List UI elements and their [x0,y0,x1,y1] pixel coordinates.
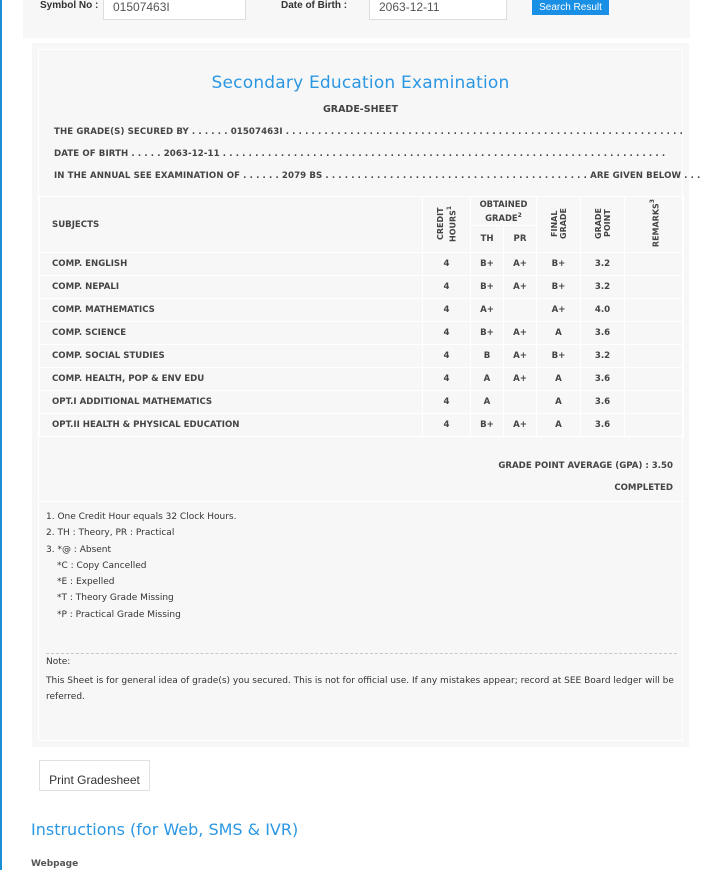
cell-remarks [625,253,684,276]
dob-line-value: 2063-12-11 [164,149,220,159]
gpa-value: GRADE POINT AVERAGE (GPA) : 3.50 [498,461,673,471]
cell-pr: A+ [504,368,537,391]
exam-year-line: IN THE ANNUAL SEE EXAMINATION OF . . . .… [54,171,700,181]
cell-remarks [625,322,684,345]
header-subjects: SUBJECTS [40,197,423,253]
secured-by-label: THE GRADE(S) SECURED BY . . . . . . [54,127,228,137]
table-row: COMP. ENGLISH4B+A+B+3.2 [40,253,684,276]
cell-final: A [537,368,581,391]
footnote-item: *P : Practical Grade Missing [46,607,236,623]
gradesheet-inner: Secondary Education Examination GRADE-SH… [38,49,683,741]
cell-credit: 4 [423,345,471,368]
cell-gp: 3.2 [581,276,625,299]
search-form: Symbol No : 01507463I Date of Birth : 20… [23,0,690,38]
cell-th: A+ [471,299,504,322]
instructions-heading: Instructions (for Web, SMS & IVR) [31,820,298,839]
cell-credit: 4 [423,368,471,391]
cell-pr: A+ [504,253,537,276]
header-th: TH [471,226,504,253]
cell-pr [504,391,537,414]
cell-gp: 3.6 [581,322,625,345]
result-status: COMPLETED [614,483,673,493]
cell-subject: COMP. SOCIAL STUDIES [40,345,423,368]
cell-gp: 3.6 [581,391,625,414]
footnote-item: 2. TH : Theory, PR : Practical [46,525,236,541]
dob-label: Date of Birth : [281,0,347,11]
note-text: This Sheet is for general idea of grade(… [46,673,676,705]
cell-th: B+ [471,276,504,299]
cell-th: B+ [471,322,504,345]
given-below-text: . . . . . . . . . . . . . . . . . . . . … [325,171,700,181]
print-gradesheet-button[interactable]: Print Gradesheet [39,760,150,791]
cell-th: B [471,345,504,368]
cell-remarks [625,368,684,391]
dob-line: DATE OF BIRTH . . . . . 2063-12-11 . . .… [54,149,665,159]
secured-by-value: 01507463I [231,127,283,137]
header-grade-point: GRADE POINT [581,197,625,253]
cell-credit: 4 [423,322,471,345]
grades-table: SUBJECTS CREDIT HOURS1 OBTAINED GRADE2 F… [39,196,684,437]
page-left-border [0,0,2,870]
cell-subject: COMP. HEALTH, POP & ENV EDU [40,368,423,391]
dob-line-label: DATE OF BIRTH . . . . . [54,149,161,159]
cell-pr: A+ [504,345,537,368]
cell-pr: A+ [504,322,537,345]
webpage-subheading: Webpage [31,859,78,869]
exam-title: Secondary Education Examination [39,73,682,93]
header-remarks: REMARKS3 [625,197,684,253]
cell-th: B+ [471,253,504,276]
cell-final: B+ [537,253,581,276]
cell-final: A+ [537,299,581,322]
cell-gp: 3.2 [581,345,625,368]
cell-remarks [625,276,684,299]
table-row: COMP. SCIENCE4B+A+A3.6 [40,322,684,345]
cell-pr: A+ [504,276,537,299]
header-final-grade: FINAL GRADE [537,197,581,253]
footnotes: 1. One Credit Hour equals 32 Clock Hours… [46,509,236,623]
cell-remarks [625,299,684,322]
table-row: COMP. SOCIAL STUDIES4BA+B+3.2 [40,345,684,368]
cell-credit: 4 [423,391,471,414]
cell-subject: COMP. SCIENCE [40,322,423,345]
cell-subject: OPT.I ADDITIONAL MATHEMATICS [40,391,423,414]
footnote-item: *C : Copy Cancelled [46,558,236,574]
cell-pr [504,299,537,322]
gradesheet-card: Secondary Education Examination GRADE-SH… [32,43,689,747]
cell-credit: 4 [423,299,471,322]
cell-credit: 4 [423,414,471,437]
cell-subject: COMP. NEPALI [40,276,423,299]
dob-input[interactable]: 2063-12-11 [369,0,507,20]
exam-year-value: 2079 BS [282,171,322,181]
table-row: OPT.I ADDITIONAL MATHEMATICS4AA3.6 [40,391,684,414]
cell-th: B+ [471,414,504,437]
cell-gp: 3.6 [581,368,625,391]
cell-gp: 3.2 [581,253,625,276]
footnote-item: 3. *@ : Absent [46,542,236,558]
note-heading: Note: [46,657,70,667]
cell-gp: 3.6 [581,414,625,437]
cell-final: A [537,391,581,414]
cell-credit: 4 [423,253,471,276]
table-row: COMP. MATHEMATICS4A+A+4.0 [40,299,684,322]
dashed-divider [46,653,677,654]
exam-year-label: IN THE ANNUAL SEE EXAMINATION OF . . . .… [54,171,279,181]
footnote-item: *T : Theory Grade Missing [46,590,236,606]
cell-remarks [625,391,684,414]
symbol-no-label: Symbol No : [40,0,98,11]
cell-final: A [537,322,581,345]
footnote-item: 1. One Credit Hour equals 32 Clock Hours… [46,509,236,525]
dots: . . . . . . . . . . . . . . . . . . . . … [286,127,683,137]
cell-gp: 4.0 [581,299,625,322]
dots: . . . . . . . . . . . . . . . . . . . . … [223,149,665,159]
cell-credit: 4 [423,276,471,299]
header-obtained-grade: OBTAINED GRADE2 [471,197,537,226]
cell-final: B+ [537,276,581,299]
table-row: OPT.II HEALTH & PHYSICAL EDUCATION4B+A+A… [40,414,684,437]
cell-remarks [625,414,684,437]
symbol-no-input[interactable]: 01507463I [103,0,246,20]
cell-subject: OPT.II HEALTH & PHYSICAL EDUCATION [40,414,423,437]
cell-final: A [537,414,581,437]
cell-subject: COMP. ENGLISH [40,253,423,276]
header-credit-hours: CREDIT HOURS1 [423,197,471,253]
header-pr: PR [504,226,537,253]
secured-by-line: THE GRADE(S) SECURED BY . . . . . . 0150… [54,127,683,137]
sheet-title: GRADE-SHEET [39,104,682,115]
cell-pr: A+ [504,414,537,437]
cell-th: A [471,391,504,414]
table-row: COMP. NEPALI4B+A+B+3.2 [40,276,684,299]
cell-final: B+ [537,345,581,368]
cell-remarks [625,345,684,368]
table-row: COMP. HEALTH, POP & ENV EDU4AA+A3.6 [40,368,684,391]
cell-th: A [471,368,504,391]
footnote-item: *E : Expelled [46,574,236,590]
search-result-button[interactable]: Search Result [532,0,609,15]
divider [39,501,684,502]
cell-subject: COMP. MATHEMATICS [40,299,423,322]
